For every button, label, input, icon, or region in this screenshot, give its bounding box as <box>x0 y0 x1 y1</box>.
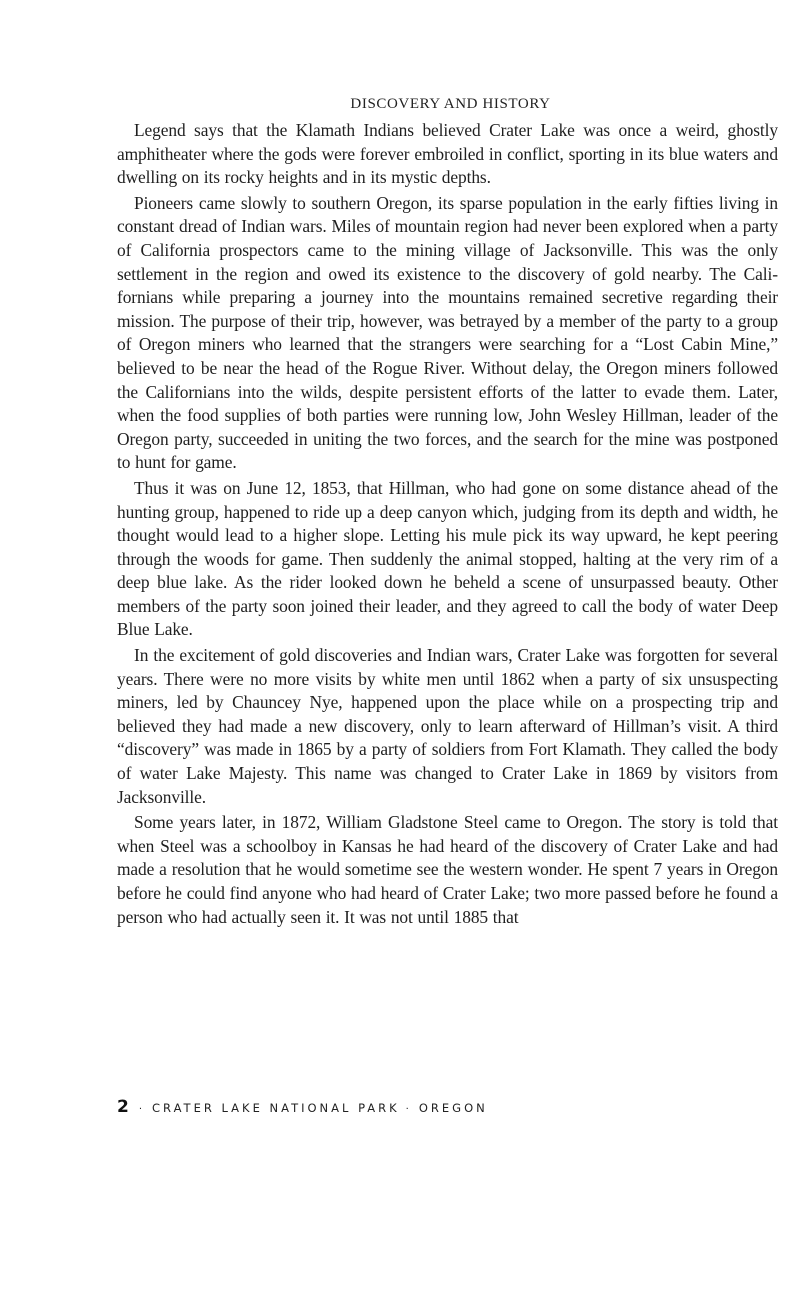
paragraph-later-discoveries: In the excitement of gold discoveries an… <box>117 644 778 809</box>
paragraph-hillman-discovery: Thus it was on June 12, 1853, that Hillm… <box>117 477 778 642</box>
page-footer: 2 · CRATER LAKE NATIONAL PARK · OREGON <box>117 1097 488 1117</box>
section-heading: DISCOVERY AND HISTORY <box>117 93 778 115</box>
footer-state: OREGON <box>419 1101 488 1115</box>
paragraph-steel: Some years later, in 1872, William Glads… <box>117 811 778 929</box>
footer-separator: · <box>139 1104 145 1115</box>
paragraph-pioneers: Pioneers came slowly to southern Oregon,… <box>117 192 778 475</box>
footer-publication: CRATER LAKE NATIONAL PARK <box>152 1101 400 1115</box>
paragraph-legend: Legend says that the Klamath Indians bel… <box>117 119 778 190</box>
page-body: DISCOVERY AND HISTORY Legend says that t… <box>117 93 778 931</box>
page-number: 2 <box>117 1097 129 1117</box>
footer-separator: · <box>406 1104 412 1115</box>
